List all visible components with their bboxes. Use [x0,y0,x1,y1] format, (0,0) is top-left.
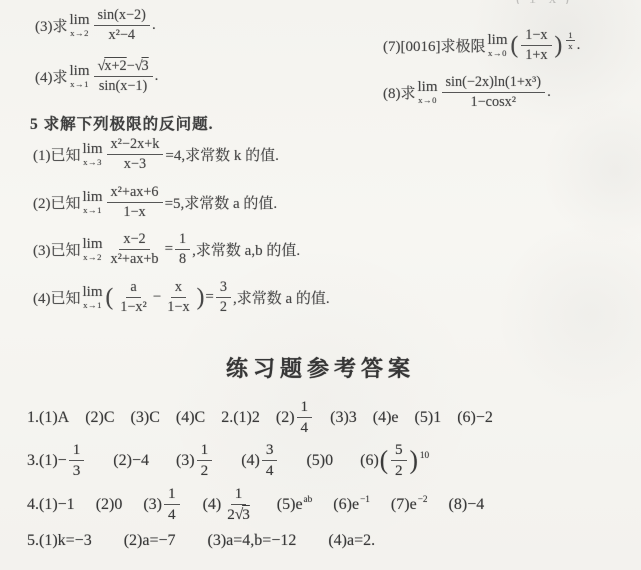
problem-3: (3)求limx→2sin(x−2)x²−4. [35,7,156,44]
fraction-denominator: 3 [69,461,85,480]
math-text: (3)a=4,b=−12 [208,532,297,550]
sqrt-expression: √x+2 [98,58,127,75]
answer-item: (2)14 [276,398,314,437]
math-text: (4)e [373,409,399,427]
lim-word: lim [83,237,103,252]
fraction-denominator: 1−x² [116,298,151,316]
math-text: 5.(1)k=−3 [27,532,92,550]
section-5-title: 5 求解下列极限的反问题. [30,112,214,134]
section5-item-4: (4)已知limx→1(a1−x²−x1−x)=32,求常数 a 的值. [33,279,330,316]
math-text: (8)求 [383,82,416,103]
math-text: (2)0 [96,496,123,514]
math-fraction: 32 [216,279,231,316]
radicand: x+2 [104,58,126,75]
math-text: (4)求 [35,66,68,87]
problem-7: (7)[0016]求极限limx→0(1−x1+x)1x. [383,27,580,64]
fraction-denominator: sin(x−1) [95,77,151,95]
fraction-denominator: 8 [175,250,190,268]
lim-subscript: x→1 [83,206,102,215]
lim-subscript: x→2 [83,253,102,262]
math-fraction: √x+2−√3sin(x−1) [94,58,153,95]
math-fraction: 12√3 [223,485,254,524]
lim-word: lim [418,80,438,95]
math-fraction: 1−x1+x [521,27,551,64]
math-fraction: 1x [566,30,574,52]
fraction-numerator: a [126,279,140,298]
math-text: (3)3 [330,409,357,427]
math-text: . [155,68,159,85]
fraction-denominator: x [566,41,574,51]
radicand: 3 [142,58,149,75]
problem-8: (8)求limx→0sin(−2x)ln(1+x³)1−cosx². [383,74,551,111]
math-fraction: sin(−2x)ln(1+x³)1−cosx² [442,74,546,111]
answer-item: (4)34 [241,441,279,480]
superscript: 10 [420,451,429,461]
parenthesis: ) [197,283,205,311]
answers-line-4: 5.(1)k=−3(2)a=−7(3)a=4,b=−12(4)a=2. [27,532,375,550]
fraction-numerator: 1 [175,231,190,250]
math-text: 2 [227,506,235,524]
answers-line-1: 1.(1)A(2)C(3)C(4)C2.(1)2(2)14(3)3(4)e(5)… [27,398,493,437]
math-fraction: 52 [391,441,407,480]
superscript: 1x [564,30,576,52]
answer-item: (6)e−1 [333,496,370,514]
limit-operator: limx→3 [83,142,103,167]
superscript: −2 [418,495,428,505]
limit-operator: limx→0 [487,33,507,58]
answer-item: (6)−2 [457,409,493,427]
fraction-numerator: 1 [231,485,247,505]
answer-item: 3.(1)−13 [27,441,86,480]
answer-item: 2.(1)2 [221,409,260,427]
fraction-denominator: 4 [164,505,180,524]
fraction-denominator: 2√3 [223,505,254,524]
scanned-textbook-page: ( 1−x ) (3)求limx→2sin(x−2)x²−4. (4)求limx… [0,0,641,570]
math-text: . [152,17,156,34]
math-text: (4)C [176,409,205,427]
fraction-numerator: sin(−2x)ln(1+x³) [442,74,546,93]
fraction-numerator: 1 [197,441,213,461]
math-text: . [577,37,581,54]
fraction-denominator: 2 [216,298,231,316]
answer-item: (2)0 [96,496,123,514]
math-text: (4)a=2. [328,532,375,550]
math-text: (5)1 [415,409,442,427]
math-fraction: 13 [69,441,85,480]
fraction-numerator: sin(x−2) [94,7,150,26]
lim-subscript: x→2 [70,29,89,38]
sqrt-expression: √3 [135,58,149,75]
parenthesis: ) [555,31,563,59]
math-text: 1.(1)A [27,409,69,427]
answer-item: (3)14 [143,485,181,524]
math-fraction: x²−2x+kx−3 [107,136,164,173]
fraction-numerator: 1−x [521,27,551,46]
parenthesis: ( [380,446,388,475]
math-text: (2)−4 [113,452,149,470]
section5-item-3: (3)已知limx→2x−2x²+ax+b=18,求常数 a,b 的值. [33,231,300,268]
answer-item: 1.(1)A [27,409,69,427]
math-text: (4) [203,496,222,514]
answer-item: (3)C [131,409,160,427]
math-text: =4,求常数 k 的值. [165,144,278,165]
answer-item: (4)e [373,409,399,427]
math-text: (6)e [333,496,359,514]
answers-line-3: 4.(1)−1(2)0(3)14(4)12√3(5)eab(6)e−1(7)e−… [27,485,484,524]
math-text: 2.(1)2 [221,409,260,427]
lim-word: lim [83,285,103,300]
math-text: (2)C [85,409,114,427]
cropped-formula-fragment: ( 1−x ) [516,0,571,4]
fraction-numerator: 1 [297,398,313,418]
answer-item: (8)−4 [449,496,485,514]
fraction-numerator: x²−2x+k [107,136,164,155]
limit-operator: limx→1 [70,64,90,89]
math-text: (2)a=−7 [124,532,176,550]
fraction-denominator: x−3 [120,155,150,173]
math-text: (4)已知 [33,287,81,308]
problem-4: (4)求limx→1√x+2−√3sin(x−1). [35,58,158,95]
fraction-denominator: 2 [197,461,213,480]
lim-word: lim [83,190,103,205]
math-fraction: x1−x [163,279,193,316]
lim-word: lim [83,142,103,157]
fraction-numerator: 1 [164,485,180,505]
math-text: (1)已知 [33,144,81,165]
answer-item: (3)3 [330,409,357,427]
answer-item: (2)−4 [113,452,149,470]
lim-subscript: x→0 [488,49,507,58]
math-fraction: 12 [197,441,213,480]
fraction-numerator: √x+2−√3 [94,58,153,77]
answer-item: 5.(1)k=−3 [27,532,92,550]
math-text: (6) [360,452,379,470]
fraction-denominator: 1−cosx² [467,93,521,111]
math-text: − [153,289,161,306]
fraction-numerator: x [171,279,186,298]
math-text: (6)−2 [457,409,493,427]
math-text: 3.(1)− [27,452,67,470]
math-fraction: 18 [175,231,190,268]
answer-item: (4)a=2. [328,532,375,550]
math-fraction: x−2x²+ax+b [107,231,163,268]
answer-item: (2)a=−7 [124,532,176,550]
fraction-numerator: 5 [391,441,407,461]
answers-heading: 练习题参考答案 [0,352,641,383]
fraction-denominator: x²−4 [104,26,139,44]
math-fraction: sin(x−2)x²−4 [94,7,150,44]
math-text: =5,求常数 a 的值. [165,192,278,213]
lim-subscript: x→0 [418,96,437,105]
math-text: (3)C [131,409,160,427]
section5-item-1: (1)已知limx→3x²−2x+kx−3=4,求常数 k 的值. [33,136,279,173]
math-text: − [127,58,135,75]
answers-line-2: 3.(1)−13(2)−4(3)12(4)34(5)0(6)(52)10 [27,441,429,480]
math-text: ,求常数 a 的值. [233,287,330,308]
fraction-numerator: 1 [566,30,574,41]
answer-item: (3)a=4,b=−12 [208,532,297,550]
math-text: (7)[0016]求极限 [383,35,485,56]
math-text: (7)e [391,496,417,514]
math-text: (3)求 [35,15,68,36]
math-text: = [205,289,213,306]
superscript: −1 [360,495,370,505]
math-fraction: 14 [164,485,180,524]
lim-word: lim [487,33,507,48]
answer-item: (3)12 [176,441,214,480]
math-text: (3) [176,452,195,470]
fraction-numerator: 1 [69,441,85,461]
limit-operator: limx→2 [83,237,103,262]
fraction-denominator: 2 [391,461,407,480]
fraction-denominator: 4 [297,418,313,437]
fraction-numerator: 3 [216,279,231,298]
sqrt-expression: √3 [235,506,250,524]
math-text: 4.(1)−1 [27,496,75,514]
limit-operator: limx→1 [83,190,103,215]
answer-item: (5)eab [277,496,313,514]
math-text: (3)已知 [33,239,81,260]
math-fraction: 14 [297,398,313,437]
answer-item: (4)C [176,409,205,427]
limit-operator: limx→1 [83,285,103,310]
math-text: (4) [241,452,260,470]
fraction-numerator: 3 [262,441,278,461]
section5-item-2: (2)已知limx→1x²+ax+61−x=5,求常数 a 的值. [33,184,277,221]
radicand: 3 [242,506,250,524]
limit-operator: limx→2 [70,13,90,38]
superscript: ab [304,495,313,505]
lim-subscript: x→3 [83,158,102,167]
parenthesis: ) [410,446,418,475]
fraction-denominator: 4 [262,461,278,480]
fraction-numerator: x²+ax+6 [107,184,163,203]
math-text: (3) [143,496,162,514]
answer-item: (4)12√3 [203,485,256,524]
math-fraction: 34 [262,441,278,480]
answer-item: (5)0 [306,452,333,470]
math-text: (8)−4 [449,496,485,514]
lim-subscript: x→1 [83,301,102,310]
answer-item: 4.(1)−1 [27,496,75,514]
limit-operator: limx→0 [418,80,438,105]
parenthesis: ( [106,283,114,311]
lim-word: lim [70,64,90,79]
math-fraction: x²+ax+61−x [107,184,163,221]
fraction-denominator: 1+x [521,46,551,64]
math-text: = [165,241,173,258]
math-text: (5)e [277,496,303,514]
answer-item: (6)(52)10 [360,441,429,480]
fraction-denominator: 1−x [163,298,193,316]
math-text: . [547,84,551,101]
lim-subscript: x→1 [70,80,89,89]
math-fraction: a1−x² [116,279,151,316]
math-text: (2) [276,409,295,427]
fraction-denominator: 1−x [119,203,149,221]
math-text: ,求常数 a,b 的值. [192,239,300,260]
math-text: (2)已知 [33,192,81,213]
fraction-numerator: x−2 [119,231,149,250]
math-text: (5)0 [306,452,333,470]
answer-item: (7)e−2 [391,496,428,514]
parenthesis: ( [511,31,519,59]
fraction-denominator: x²+ax+b [107,250,163,268]
answer-item: (5)1 [415,409,442,427]
answer-item: (2)C [85,409,114,427]
lim-word: lim [70,13,90,28]
